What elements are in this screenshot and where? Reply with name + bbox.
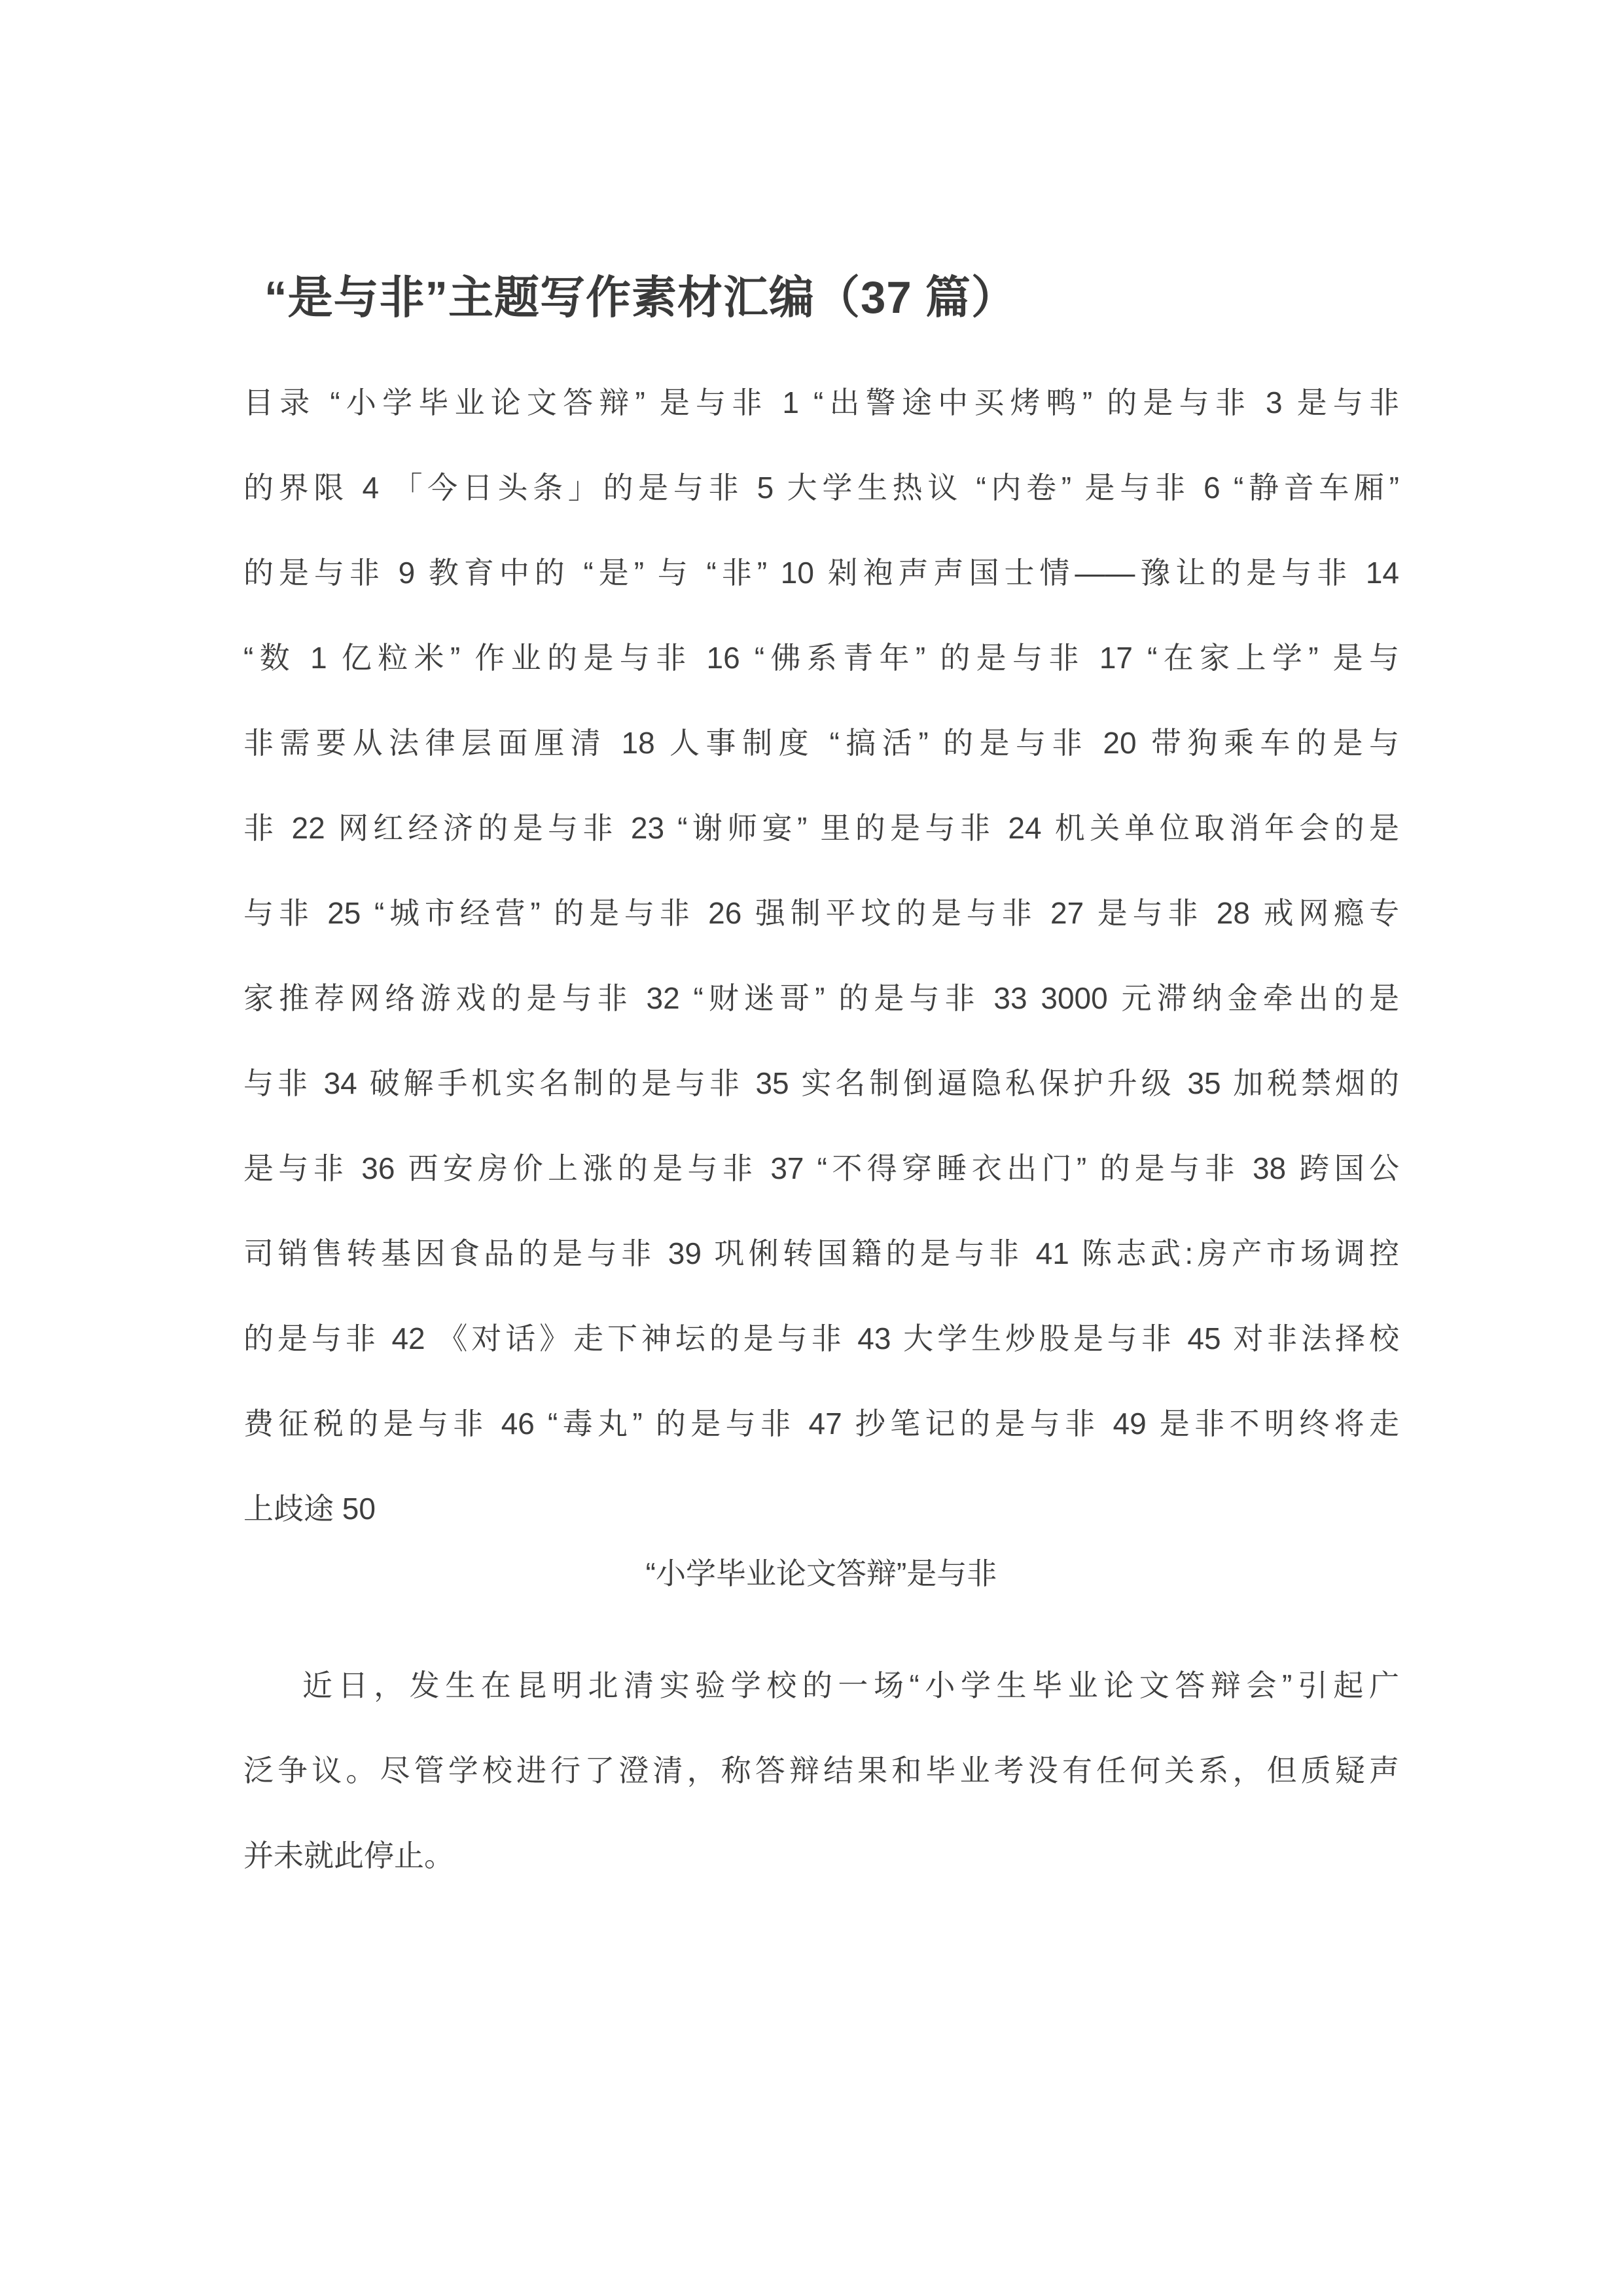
toc-line: 的界限 4 「今日头条」的是与非 5 大学生热议 “内卷” 是与非 6 “静音车… <box>243 445 1399 530</box>
toc-line: 目录 “小学毕业论文答辩” 是与非 1 “出警途中买烤鸭” 的是与非 3 是与非 <box>243 360 1399 445</box>
body-line: 并未就此停止。 <box>243 1813 1399 1898</box>
toc-line: 是与非 36 西安房价上涨的是与非 37 “不得穿睡衣出门” 的是与非 38 跨… <box>243 1126 1399 1211</box>
body-line: 泛争议。尽管学校进行了澄清，称答辩结果和毕业考没有任何关系，但质疑声 <box>243 1728 1399 1813</box>
toc-line: 家推荐网络游戏的是与非 32 “财迷哥” 的是与非 33 3000 元滞纳金牵出… <box>243 956 1399 1041</box>
body-line: 近日，发生在昆明北清实验学校的一场“小学生毕业论文答辩会”引起广 <box>243 1643 1399 1728</box>
toc-paragraph: 目录 “小学毕业论文答辩” 是与非 1 “出警途中买烤鸭” 的是与非 3 是与非… <box>243 360 1399 1551</box>
document-page: “是与非”主题写作素材汇编（37 篇） 目录 “小学毕业论文答辩” 是与非 1 … <box>0 0 1623 2296</box>
toc-line: 非 22 网红经济的是与非 23 “谢师宴” 里的是与非 24 机关单位取消年会… <box>243 785 1399 870</box>
body-paragraph: 近日，发生在昆明北清实验学校的一场“小学生毕业论文答辩会”引起广 泛争议。尽管学… <box>243 1643 1399 1898</box>
toc-line: 非需要从法律层面厘清 18 人事制度 “搞活” 的是与非 20 带狗乘车的是与 <box>243 700 1399 785</box>
toc-line: 司销售转基因食品的是与非 39 巩俐转国籍的是与非 41 陈志武:房产市场调控 <box>243 1211 1399 1296</box>
toc-line: 与非 34 破解手机实名制的是与非 35 实名制倒逼隐私保护升级 35 加税禁烟… <box>243 1041 1399 1126</box>
toc-line: 的是与非 9 教育中的 “是” 与 “非” 10 剁袍声声国士情——豫让的是与非… <box>243 530 1399 615</box>
toc-line: 费征税的是与非 46 “毒丸” 的是与非 47 抄笔记的是与非 49 是非不明终… <box>243 1381 1399 1466</box>
toc-line: 的是与非 42 《对话》走下神坛的是与非 43 大学生炒股是与非 45 对非法择… <box>243 1296 1399 1381</box>
document-title: “是与非”主题写作素材汇编（37 篇） <box>264 259 1017 337</box>
section-heading: “小学毕业论文答辩”是与非 <box>243 1531 1399 1616</box>
toc-line: “数 1 亿粒米” 作业的是与非 16 “佛系青年” 的是与非 17 “在家上学… <box>243 615 1399 700</box>
toc-line: 与非 25 “城市经营” 的是与非 26 强制平坟的是与非 27 是与非 28 … <box>243 870 1399 956</box>
